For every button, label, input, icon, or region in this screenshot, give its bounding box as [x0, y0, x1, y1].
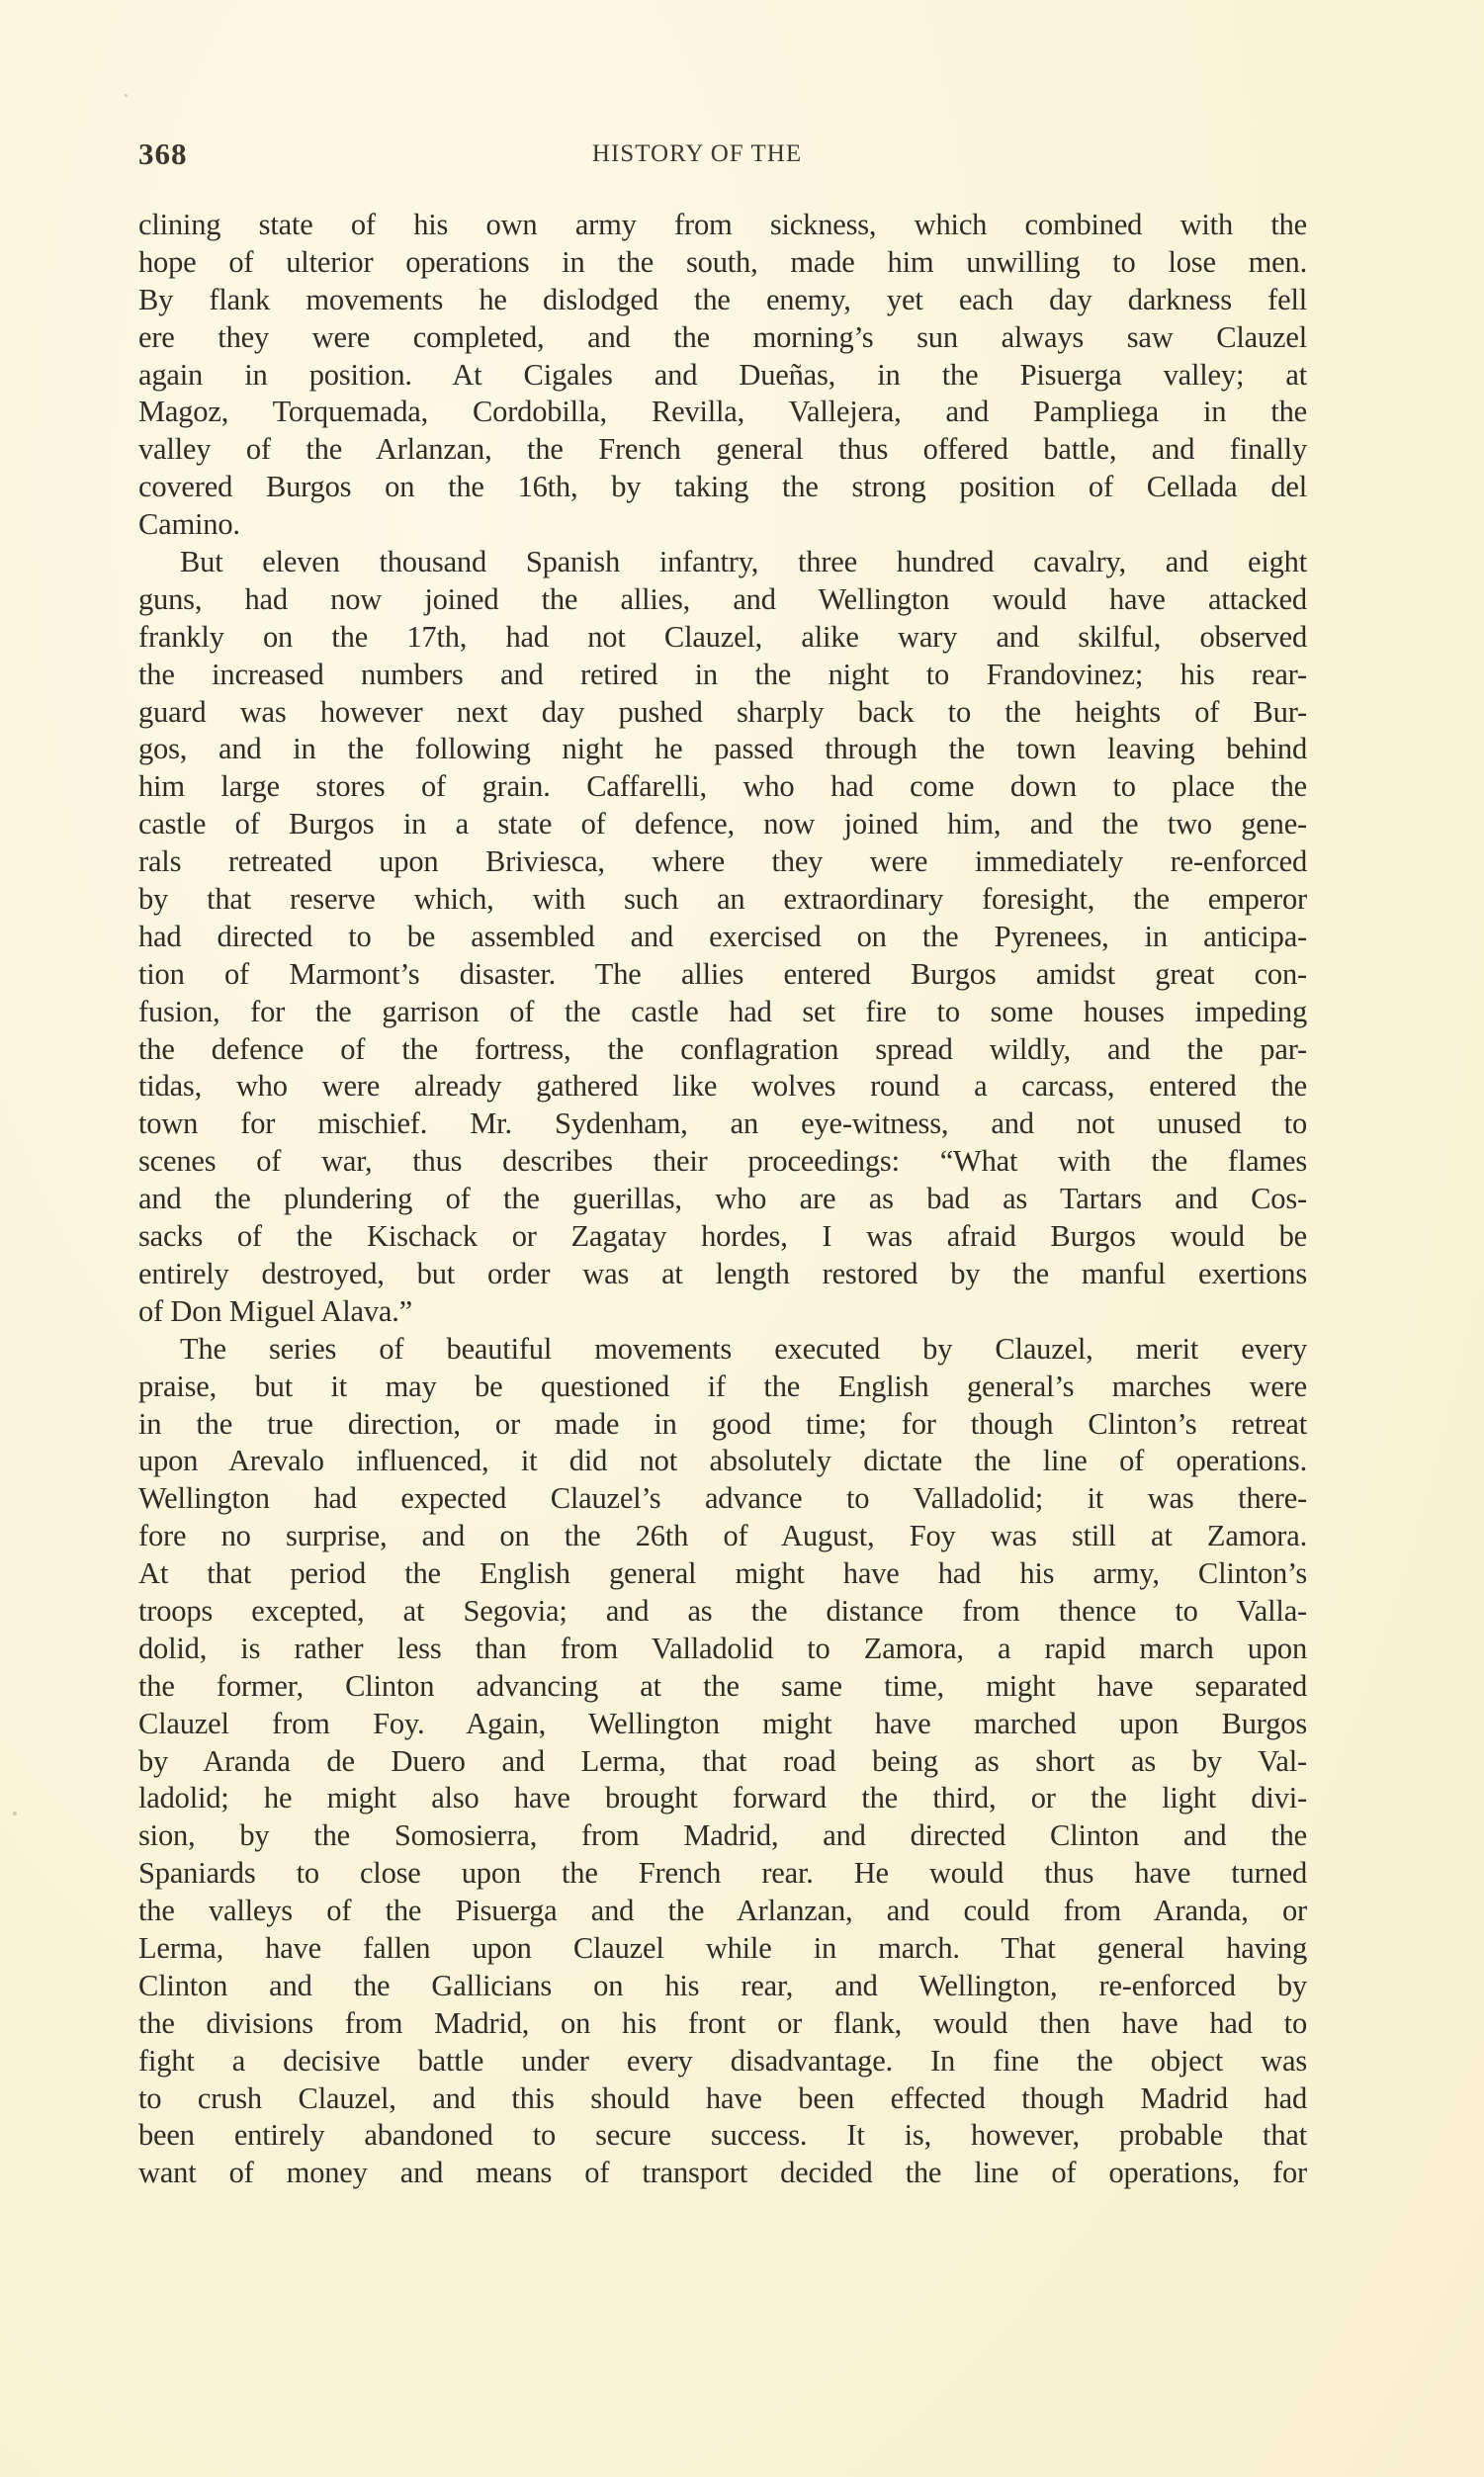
paper-speck	[125, 94, 128, 97]
text-line: ere they were completed, and the morning…	[138, 319, 1307, 357]
text-line: want of money and means of transport dec…	[138, 2155, 1307, 2192]
paragraph-first-line: But eleven thousand Spanish infantry, th…	[138, 544, 1307, 581]
text-line: At that period the English general might…	[138, 1555, 1307, 1593]
text-line: ladolid; he might also have brought forw…	[138, 1780, 1307, 1817]
text-line: the defence of the fortress, the conflag…	[138, 1031, 1307, 1069]
text-line: been entirely abandoned to secure succes…	[138, 2117, 1307, 2155]
text-line: and the plundering of the guerillas, who…	[138, 1181, 1307, 1218]
text-line: the divisions from Madrid, on his front …	[138, 2005, 1307, 2043]
text-line: frankly on the 17th, had not Clauzel, al…	[138, 619, 1307, 657]
text-line: town for mischief. Mr. Sydenham, an eye-…	[138, 1106, 1307, 1143]
text-line: again in position. At Cigales and Dueñas…	[138, 357, 1307, 395]
text-line: tidas, who were already gathered like wo…	[138, 1068, 1307, 1106]
text-line: covered Burgos on the 16th, by taking th…	[138, 469, 1307, 506]
page-header: 368 HISTORY OF THE	[138, 136, 1305, 176]
text-line: in the true direction, or made in good t…	[138, 1406, 1307, 1444]
text-line: scenes of war, thus describes their proc…	[138, 1143, 1307, 1181]
text-line: Clinton and the Gallicians on his rear, …	[138, 1968, 1307, 2005]
text-line: sacks of the Kischack or Zagatay hordes,…	[138, 1218, 1307, 1256]
text-line: valley of the Arlanzan, the French gener…	[138, 431, 1307, 469]
text-line: troops excepted, at Segovia; and as the …	[138, 1593, 1307, 1631]
text-line: By flank movements he dislodged the enem…	[138, 282, 1307, 319]
text-line: castle of Burgos in a state of defence, …	[138, 806, 1307, 843]
text-line: hope of ulterior operations in the south…	[138, 244, 1307, 282]
text-line: fusion, for the garrison of the castle h…	[138, 994, 1307, 1031]
paper-speck	[13, 1812, 17, 1815]
text-line: upon Arevalo influenced, it did not abso…	[138, 1443, 1307, 1480]
text-line: Lerma, have fallen upon Clauzel while in…	[138, 1930, 1307, 1968]
text-line: fore no surprise, and on the 26th of Aug…	[138, 1518, 1307, 1555]
text-line: sion, by the Somosierra, from Madrid, an…	[138, 1817, 1307, 1855]
text-line: fight a decisive battle under every disa…	[138, 2043, 1307, 2080]
running-head: HISTORY OF THE	[114, 140, 1280, 168]
text-line: tion of Marmont’s disaster. The allies e…	[138, 956, 1307, 994]
text-line: clining state of his own army from sickn…	[138, 207, 1307, 244]
text-line: Wellington had expected Clauzel’s advanc…	[138, 1480, 1307, 1518]
text-line: Spaniards to close upon the French rear.…	[138, 1855, 1307, 1893]
text-line: by Aranda de Duero and Lerma, that road …	[138, 1743, 1307, 1781]
text-line: Clauzel from Foy. Again, Wellington migh…	[138, 1706, 1307, 1743]
text-line: had directed to be assembled and exercis…	[138, 919, 1307, 956]
text-line: guard was however next day pushed sharpl…	[138, 694, 1307, 732]
text-line: Magoz, Torquemada, Cordobilla, Revilla, …	[138, 394, 1307, 431]
text-line: dolid, is rather less than from Valladol…	[138, 1631, 1307, 1668]
text-line: him large stores of grain. Caffarelli, w…	[138, 768, 1307, 806]
text-line: guns, had now joined the allies, and Wel…	[138, 581, 1307, 619]
text-line: entirely destroyed, but order was at len…	[138, 1256, 1307, 1293]
text-line: to crush Clauzel, and this should have b…	[138, 2080, 1307, 2118]
text-line: the former, Clinton advancing at the sam…	[138, 1668, 1307, 1706]
text-line: rals retreated upon Briviesca, where the…	[138, 843, 1307, 881]
text-line: gos, and in the following night he passe…	[138, 731, 1307, 768]
text-line: by that reserve which, with such an extr…	[138, 881, 1307, 919]
paragraph-first-line: The series of beautiful movements execut…	[138, 1331, 1307, 1369]
text-line: of Don Miguel Alava.”	[138, 1293, 1307, 1331]
text-line: praise, but it may be questioned if the …	[138, 1369, 1307, 1406]
body-text: clining state of his own army from sickn…	[138, 207, 1307, 2192]
text-line: Camino.	[138, 506, 1307, 544]
text-line: the valleys of the Pisuerga and the Arla…	[138, 1893, 1307, 1930]
text-line: the increased numbers and retired in the…	[138, 657, 1307, 694]
